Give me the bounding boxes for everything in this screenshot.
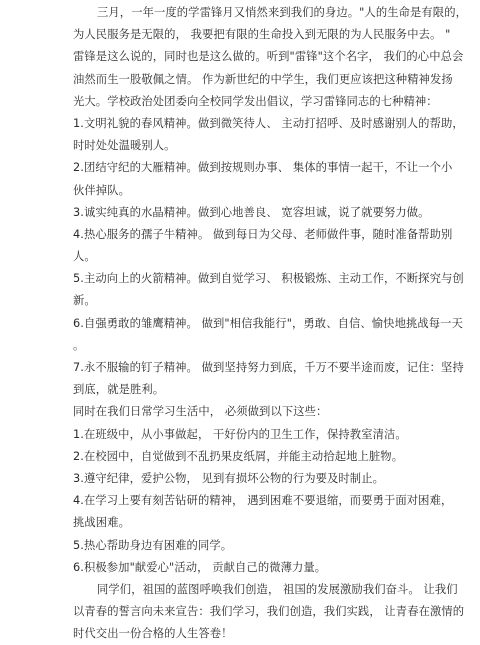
text-line: 2.在校园中，自觉做到不乱扔果皮纸屑，并能主动拾起地上脏物。 xyxy=(73,446,411,468)
text-line: 雷锋是这么说的，同时也是这么做的。听到"雷锋"这个名字， 我们的心中总会 xyxy=(73,46,411,68)
text-line: 1.文明礼貌的春风精神。做到微笑待人、 主动打招呼、及时感谢别人的帮助， xyxy=(73,113,411,135)
text-line: 油然而生一股敬佩之情。 作为新世纪的中学生，我们更应该把这种精神发扬 xyxy=(73,69,411,91)
text-line: 2.团结守纪的大雁精神。做到按规则办事、 集体的事情一起干，不让一个小 xyxy=(73,157,411,179)
text-line: 4.热心服务的孺子牛精神。 做到每日为父母、老师做件事，随时准备帮助别 xyxy=(73,224,411,246)
text-line: 伙伴掉队。 xyxy=(73,180,411,202)
text-line: 三月，一年一度的学雷锋月又悄然来到我们的身边。"人的生命是有限的， xyxy=(73,2,411,24)
document-body: 三月，一年一度的学雷锋月又悄然来到我们的身边。"人的生命是有限的，为人民服务是无… xyxy=(73,2,411,480)
text-line: 人。 xyxy=(73,246,411,268)
text-line: 3.遵守纪律，爱护公物， 见到有损坏公物的行为要及时制止。 xyxy=(73,468,411,480)
text-line: 1.在班级中，从小事做起， 干好份内的卫生工作，保持教室清洁。 xyxy=(73,424,411,446)
text-line: 。 xyxy=(73,335,411,357)
text-line: 5.主动向上的火箭精神。做到自觉学习、 积极锻炼、主动工作，不断探究与创 xyxy=(73,268,411,290)
text-line: 6.自强勇敢的雏鹰精神。 做到"相信我能行"，勇敢、自信、愉快地挑战每一天 xyxy=(73,313,411,335)
text-line: 到底，就是胜利。 xyxy=(73,379,411,401)
text-line: 为人民服务是无限的， 我要把有限的生命投入到无限的为人民服务中去。 " xyxy=(73,24,411,46)
text-line: 同时在我们日常学习生活中， 必须做到以下这些： xyxy=(73,401,411,423)
text-line: 新。 xyxy=(73,290,411,312)
text-line: 时时处处温暖别人。 xyxy=(73,135,411,157)
text-line: 3.诚实纯真的水晶精神。做到心地善良、 宽容坦诚，说了就要努力做。 xyxy=(73,202,411,224)
text-line: 光大。学校政治处团委向全校同学发出倡议，学习雷锋同志的七种精神： xyxy=(73,91,411,113)
text-line: 7.永不服输的钉子精神。 做到坚持努力到底，千万不要半途而废，记住：坚持 xyxy=(73,357,411,379)
